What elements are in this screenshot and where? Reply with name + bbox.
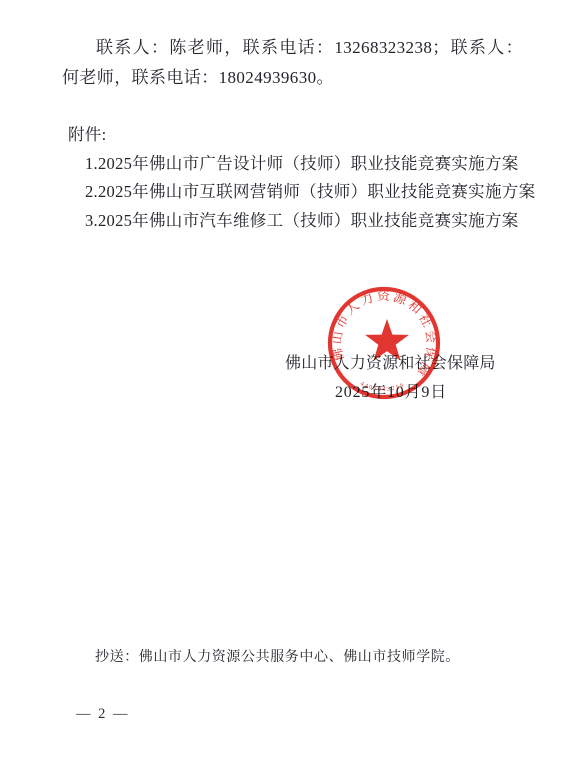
contact-paragraph: 联系人：陈老师，联系电话：13268323238；联系人：何老师，联系电话：18… xyxy=(62,33,523,93)
cc-line: 抄送：佛山市人力资源公共服务中心、佛山市技师学院。 xyxy=(95,646,460,666)
page-number: — 2 — xyxy=(76,706,130,723)
official-seal: 佛山市人力资源和社会保障局 4406043258 xyxy=(326,285,442,403)
attachment-item-3: 3.2025年佛山市汽车维修工（技师）职业技能竞赛实施方案 xyxy=(85,207,538,236)
attachment-item-2: 2.2025年佛山市互联网营销师（技师）职业技能竞赛实施方案 xyxy=(85,178,538,207)
star-icon xyxy=(365,319,409,361)
attachments-label: 附件: xyxy=(68,121,538,150)
attachment-item-1: 1.2025年佛山市广告设计师（技师）职业技能竞赛实施方案 xyxy=(85,150,538,179)
attachments-section: 附件: 1.2025年佛山市广告设计师（技师）职业技能竞赛实施方案 2.2025… xyxy=(68,121,538,235)
svg-text:4406043258: 4406043258 xyxy=(359,380,406,393)
seal-code: 4406043258 xyxy=(359,380,406,393)
document-page: 联系人：陈老师，联系电话：13268323238；联系人：何老师，联系电话：18… xyxy=(0,0,578,763)
